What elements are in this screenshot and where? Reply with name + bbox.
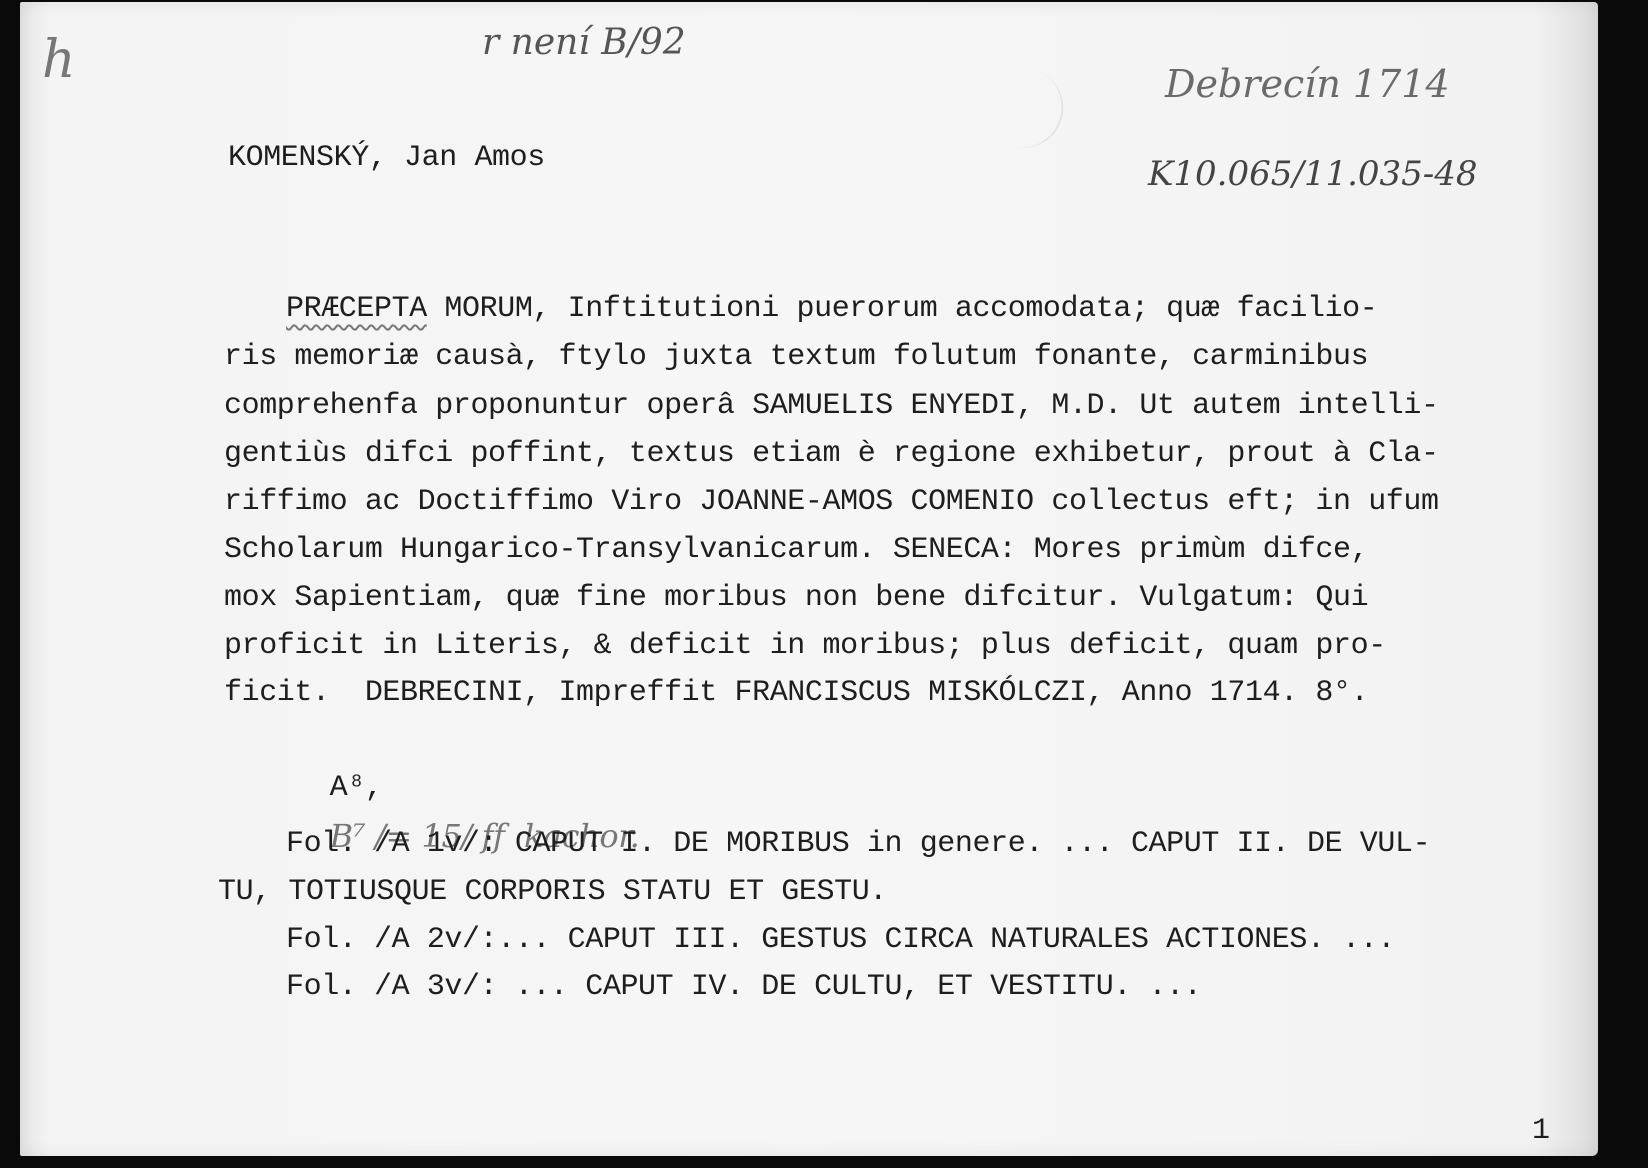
contents-line: Fol. /A 2v/:... CAPUT III. GESTUS CIRCA … [286, 916, 1395, 964]
description-line: mox Sapientiam, quæ fine moribus non ben… [224, 574, 1368, 622]
imprint-line: ficit. DEBRECINI, Impreffit FRANCISCUS M… [224, 669, 1368, 717]
contents-line: TU, TOTIUSQUE CORPORIS STATU ET GESTU. [218, 868, 887, 916]
scanned-catalog-card: h r není B/92 Debrecín 1714 K10.065/11.0… [0, 0, 1648, 1168]
title-line-1-text: MORUM, Inftitutioni puerorum accomodata;… [427, 292, 1378, 326]
contents-line: Fol. /A 1v/: CAPUT I. DE MORIBUS in gene… [286, 820, 1430, 868]
description-line: proficit in Literis, & deficit in moribu… [224, 622, 1386, 670]
author-heading: KOMENSKÝ, Jan Amos [228, 134, 545, 182]
handwritten-place-year: Debrecín 1714 [1165, 62, 1450, 106]
paper-crease-mark [857, 15, 1074, 159]
description-line: Scholarum Hungarico-Transylvanicarum. SE… [224, 526, 1368, 574]
handwritten-top-note: r není B/92 [482, 22, 686, 63]
title-line-1: PRÆCEPTA MORUM, Inftitutioni puerorum ac… [286, 285, 1377, 333]
description-line: ris memoriæ causà, ftylo juxta textum fo… [224, 333, 1368, 381]
description-line: comprehenfa proponuntur operâ SAMUELIS E… [224, 382, 1439, 430]
handwritten-corner-mark: h [42, 30, 76, 90]
handwritten-shelfmark: K10.065/11.035-48 [1148, 154, 1478, 194]
card-number: 1 [1532, 1114, 1550, 1148]
collation-typed: A⁸, [330, 771, 383, 805]
title-first-word: PRÆCEPTA [286, 292, 427, 326]
index-card: h r není B/92 Debrecín 1714 K10.065/11.0… [20, 2, 1598, 1156]
contents-line: Fol. /A 3v/: ... CAPUT IV. DE CULTU, ET … [286, 963, 1201, 1011]
description-line: riffimo ac Doctiffimo Viro JOANNE-AMOS C… [224, 478, 1439, 526]
description-line: gentiùs difci poffint, textus etiam è re… [224, 430, 1439, 478]
